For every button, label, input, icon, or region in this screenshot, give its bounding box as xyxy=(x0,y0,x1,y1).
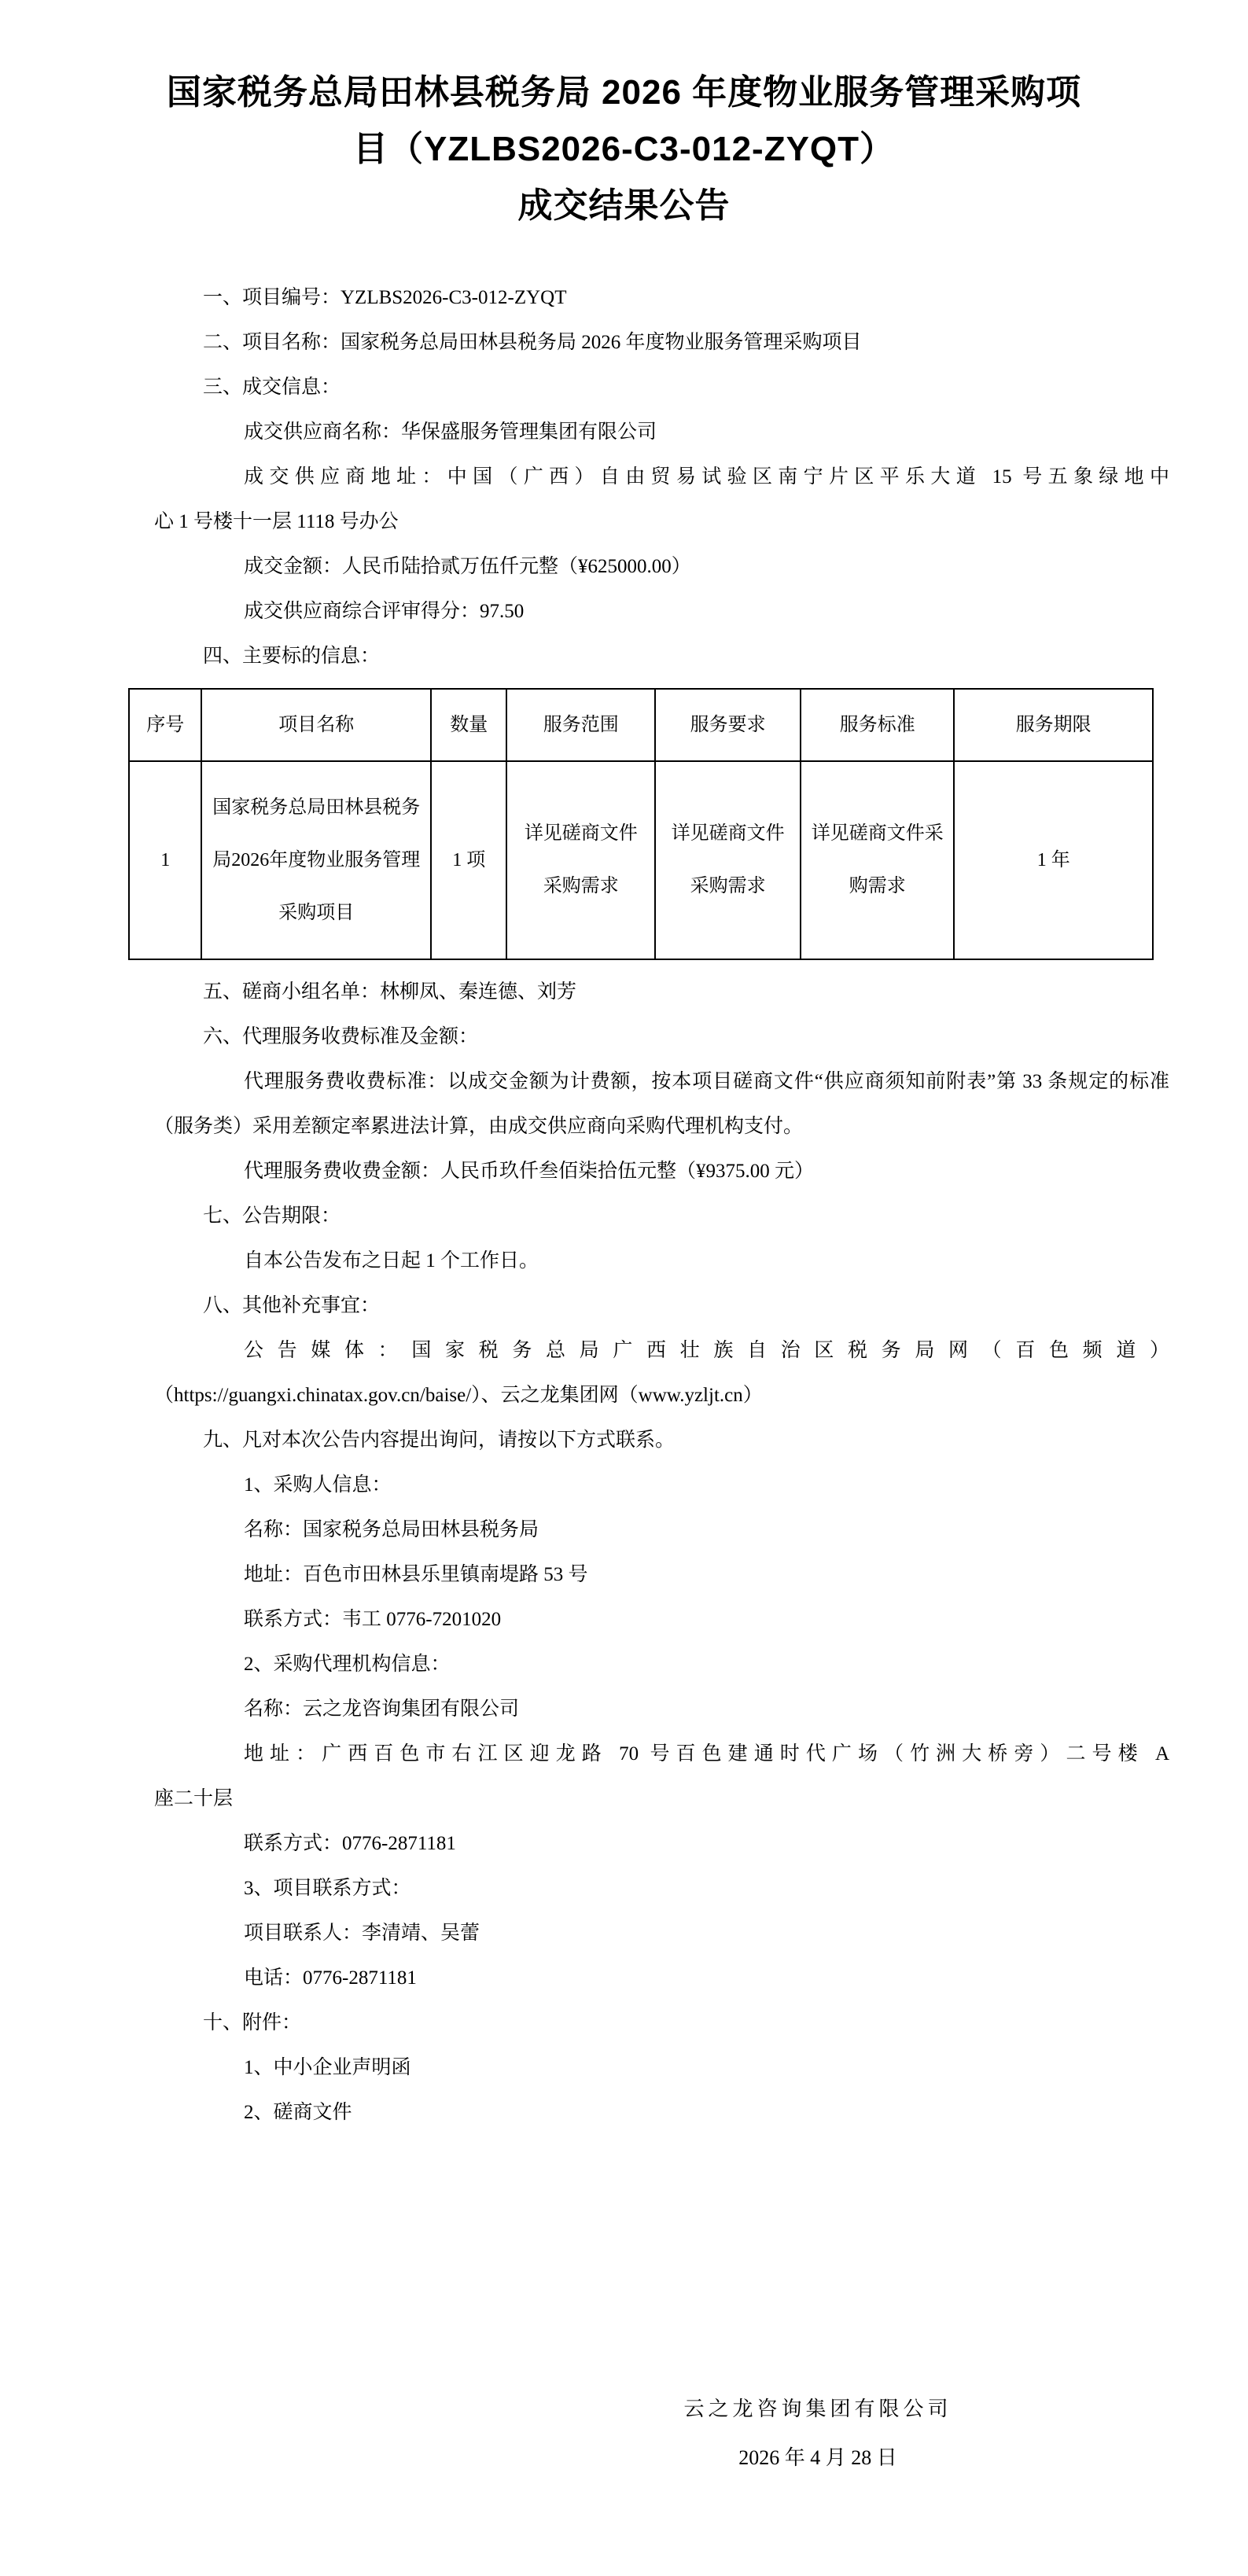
para-supplier-address-line1: 成交供应商地址：中国（广西）自由贸易试验区南宁片区平乐大道 15 号五象绿地中 xyxy=(154,454,1169,499)
para-other-heading: 八、其他补充事宜： xyxy=(154,1283,1169,1328)
cell-index: 1 xyxy=(129,761,201,959)
para-project-contact-phone: 电话：0776-2871181 xyxy=(154,1956,1169,2000)
col-service-scope: 服务范围 xyxy=(506,689,655,761)
para-project-contact-heading: 3、项目联系方式： xyxy=(154,1866,1169,1911)
doc-title: 国家税务总局田林县税务局 2026 年度物业服务管理采购项 目（YZLBS202… xyxy=(0,0,1248,234)
subject-table-wrap: 序号 项目名称 数量 服务范围 服务要求 服务标准 服务期限 1 国家税务总局田… xyxy=(128,688,1169,960)
table-row: 1 国家税务总局田林县税务局2026年度物业服务管理采购项目 1 项 详见磋商文… xyxy=(129,761,1153,959)
col-service-standard: 服务标准 xyxy=(801,689,954,761)
para-subject-heading: 四、主要标的信息： xyxy=(154,634,1169,679)
para-attachment-2: 2、磋商文件 xyxy=(154,2090,1169,2135)
para-deal-info-heading: 三、成交信息： xyxy=(154,365,1169,410)
signature-date: 2026 年 4 月 28 日 xyxy=(645,2434,991,2482)
doc-title-line-3: 成交结果公告 xyxy=(0,178,1248,234)
body-section-2: 五、磋商小组名单：林柳凤、秦连德、刘芳 六、代理服务收费标准及金额： 代理服务费… xyxy=(154,970,1169,2135)
cell-service-scope: 详见磋商文件采购需求 xyxy=(506,761,655,959)
para-agency-fee-heading: 六、代理服务收费标准及金额： xyxy=(154,1014,1169,1059)
para-media-line2: （https://guangxi.chinatax.gov.cn/baise/）… xyxy=(154,1373,1169,1418)
signature-block: 云之龙咨询集团有限公司 2026 年 4 月 28 日 xyxy=(645,2385,991,2482)
para-supplier-address-line2: 心 1 号楼十一层 1118 号办公 xyxy=(154,499,1169,544)
cell-service-standard: 详见磋商文件采购需求 xyxy=(801,761,954,959)
para-project-no: 一、项目编号：YZLBS2026-C3-012-ZYQT xyxy=(154,275,1169,320)
cell-service-requirement: 详见磋商文件采购需求 xyxy=(655,761,801,959)
col-project-name: 项目名称 xyxy=(201,689,431,761)
para-panel-list: 五、磋商小组名单：林柳凤、秦连德、刘芳 xyxy=(154,970,1169,1014)
para-agency-heading: 2、采购代理机构信息： xyxy=(154,1642,1169,1687)
para-notice-period: 自本公告发布之日起 1 个工作日。 xyxy=(154,1238,1169,1283)
para-notice-period-heading: 七、公告期限： xyxy=(154,1194,1169,1238)
cell-project-name: 国家税务总局田林县税务局2026年度物业服务管理采购项目 xyxy=(201,761,431,959)
para-agency-contact: 联系方式：0776-2871181 xyxy=(154,1821,1169,1866)
para-supplier-name: 成交供应商名称：华保盛服务管理集团有限公司 xyxy=(154,410,1169,454)
body-section-1: 一、项目编号：YZLBS2026-C3-012-ZYQT 二、项目名称：国家税务… xyxy=(154,275,1169,679)
col-service-requirement: 服务要求 xyxy=(655,689,801,761)
para-deal-amount: 成交金额：人民币陆拾贰万伍仟元整（¥625000.00） xyxy=(154,544,1169,589)
para-attachment-1: 1、中小企业声明函 xyxy=(154,2045,1169,2090)
para-review-score: 成交供应商综合评审得分：97.50 xyxy=(154,589,1169,634)
para-agency-address-line1: 地址：广西百色市右江区迎龙路 70 号百色建通时代广场（竹洲大桥旁）二号楼 A xyxy=(154,1731,1169,1776)
para-purchaser-heading: 1、采购人信息： xyxy=(154,1463,1169,1507)
col-index: 序号 xyxy=(129,689,201,761)
para-agency-name: 名称：云之龙咨询集团有限公司 xyxy=(154,1687,1169,1731)
para-purchaser-contact: 联系方式：韦工 0776-7201020 xyxy=(154,1597,1169,1642)
para-project-name: 二、项目名称：国家税务总局田林县税务局 2026 年度物业服务管理采购项目 xyxy=(154,320,1169,365)
table-header-row: 序号 项目名称 数量 服务范围 服务要求 服务标准 服务期限 xyxy=(129,689,1153,761)
col-service-term: 服务期限 xyxy=(954,689,1153,761)
cell-service-term: 1 年 xyxy=(954,761,1153,959)
announcement-document: 国家税务总局田林县税务局 2026 年度物业服务管理采购项 目（YZLBS202… xyxy=(0,0,1248,2576)
doc-title-line-1: 国家税务总局田林县税务局 2026 年度物业服务管理采购项 xyxy=(0,64,1248,121)
para-project-contact-person: 项目联系人：李清靖、吴蕾 xyxy=(154,1911,1169,1956)
para-attachment-heading: 十、附件： xyxy=(154,2000,1169,2045)
para-agency-fee-standard: 代理服务费收费标准：以成交金额为计费额，按本项目磋商文件“供应商须知前附表”第 … xyxy=(154,1059,1169,1149)
para-agency-address-line2: 座二十层 xyxy=(154,1776,1169,1821)
subject-table: 序号 项目名称 数量 服务范围 服务要求 服务标准 服务期限 1 国家税务总局田… xyxy=(128,688,1154,960)
doc-title-line-2: 目（YZLBS2026-C3-012-ZYQT） xyxy=(0,121,1248,178)
para-contact-heading: 九、凡对本次公告内容提出询问，请按以下方式联系。 xyxy=(154,1418,1169,1463)
signature-org: 云之龙咨询集团有限公司 xyxy=(645,2385,991,2434)
para-purchaser-name: 名称：国家税务总局田林县税务局 xyxy=(154,1507,1169,1552)
para-agency-fee-amount: 代理服务费收费金额：人民币玖仟叁佰柒拾伍元整（¥9375.00 元） xyxy=(154,1149,1169,1194)
cell-quantity: 1 项 xyxy=(431,761,506,959)
col-quantity: 数量 xyxy=(431,689,506,761)
para-media-line1: 公告媒体：国家税务总局广西壮族自治区税务局网（百色频道） xyxy=(154,1328,1169,1373)
para-purchaser-address: 地址：百色市田林县乐里镇南堤路 53 号 xyxy=(154,1552,1169,1597)
